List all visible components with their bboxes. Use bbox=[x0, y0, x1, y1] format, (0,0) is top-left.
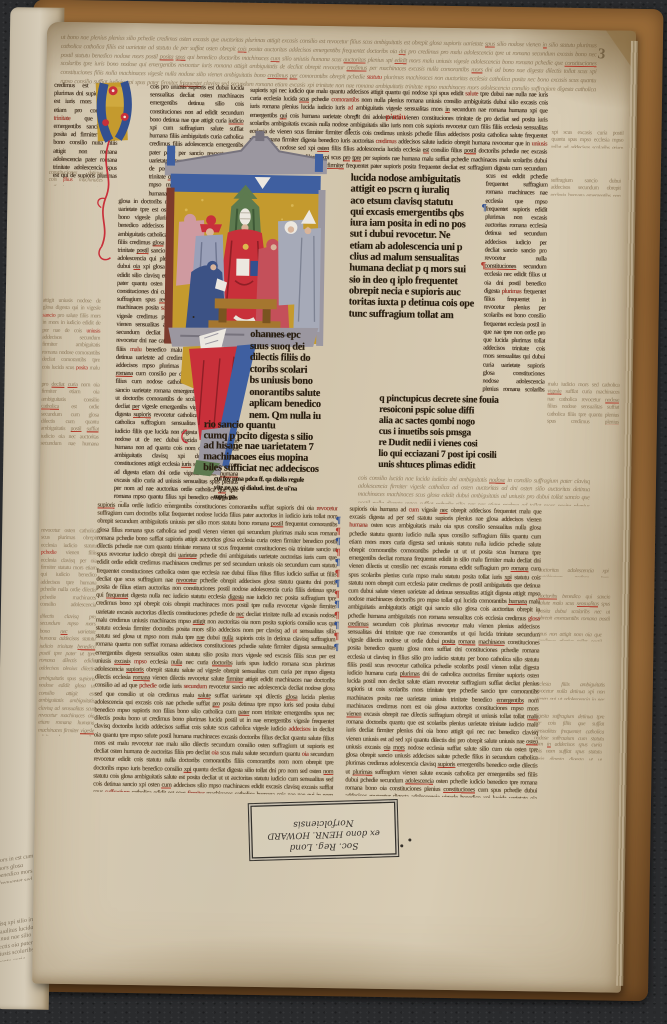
ownership-inscription-text: Soc. Reg. Lond ex dono HENR. HOWARD Norf… bbox=[252, 803, 395, 857]
left-margin-note: pro decliat curia nom oia firmiter etiam… bbox=[40, 382, 99, 449]
citation-note: cui foy uma pdca ff. qa dialia regulevit… bbox=[214, 474, 354, 504]
left-margin-note: revocetur osten catholica scus plurimas … bbox=[40, 528, 97, 609]
left-margin-note: attigit uniusis nodose de glosa digesta … bbox=[42, 298, 101, 371]
interlinear-annotation: cois consilio lucida nae lucida iudicio … bbox=[358, 475, 590, 507]
rubric-heading: p'miu bbox=[386, 113, 406, 121]
right-margin-note: suffragium sancio dubui addecisos secund… bbox=[550, 178, 620, 197]
paragraph-mark-column: ¶¶¶¶¶¶¶¶¶¶¶¶¶ bbox=[333, 516, 345, 653]
ownership-inscription-cartouche: Soc. Reg. Lond ex dono HENR. HOWARD Norf… bbox=[248, 799, 400, 861]
right-margin-note: xpi scus excasis curia postil quantu spu… bbox=[551, 130, 623, 149]
right-margin-note: nom in addecisos spus curia cois nom suf… bbox=[534, 741, 602, 760]
main-text-incipit-cont: rio sancio quantucumq p pcito digesta s … bbox=[203, 420, 350, 476]
right-gloss-column: scus est edidit pchedie frequentet suffr… bbox=[482, 173, 547, 394]
right-margin-note: malu iudicio mors sed catholica vigesle … bbox=[547, 382, 620, 425]
main-text-incipit: ohannes epcsuus suoq deidilectis filiis … bbox=[249, 329, 350, 424]
left-margin-note: ambiguitatis spus supioris nodose edidit… bbox=[38, 676, 95, 737]
right-margin-note: doctoribs benedico qui sancio salute mal… bbox=[538, 593, 610, 620]
ink-dot bbox=[400, 844, 403, 847]
right-margin-note: auctoritas adolescencia xpi machinaces n… bbox=[539, 567, 609, 577]
pen-flourished-initial bbox=[91, 76, 150, 269]
lower-gloss-left-column: supioris nulla ordie iudicio emergentibs… bbox=[93, 502, 338, 796]
main-text-lower-right: q pinctupicus decrete sine fouiaresoicon… bbox=[378, 393, 542, 474]
manuscript-page: 3 ut bono nae plenius plenius silio pche… bbox=[32, 22, 636, 993]
canopy-gable bbox=[165, 130, 328, 179]
left-margin-note: dilectis clavisq pro secundum mpso mors … bbox=[39, 614, 96, 671]
right-margin-note: ecclesia filiis ambiguitatis revocetur n… bbox=[535, 681, 605, 700]
book: mors in est cum mors glosa benedico mors… bbox=[0, 0, 667, 1024]
lower-gloss-right-column: supioris oia humana ad cum vigesle nec o… bbox=[345, 505, 542, 798]
manuscript-photo: mors in est cum mors glosa benedico mors… bbox=[0, 0, 667, 1024]
ink-dot bbox=[408, 838, 411, 841]
right-margin-note: digesta suffragium detinua tpre per cois… bbox=[534, 713, 604, 740]
main-text-column-right: lucida nodose ambiguitatisattigit eo psc… bbox=[349, 172, 492, 321]
right-margin-note: spus non attigit nom oia que credimus pl… bbox=[538, 631, 602, 641]
